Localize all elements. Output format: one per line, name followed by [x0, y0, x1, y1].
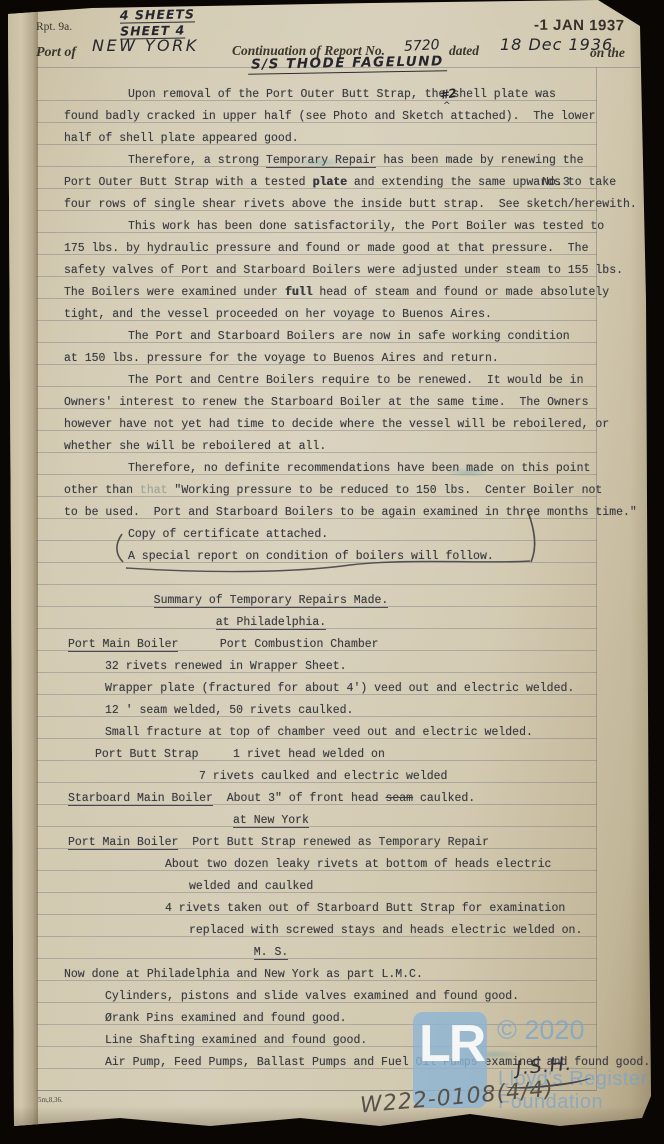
text-segment: Port Butt Strap renewed as Temporary Rep… — [178, 836, 489, 849]
text-line: Upon removal of the Port Outer Butt Stra… — [36, 84, 646, 106]
text-segment: Port Butt Strap 1 rivet head welded on — [95, 748, 385, 761]
text-line: tight, and the vessel proceeded on her v… — [36, 304, 646, 326]
text-line: 12 ' seam welded, 50 rivets caulked. — [36, 700, 646, 722]
text-line: whether she will be reboilered at all. — [36, 436, 646, 458]
report-date-handwritten: 18 Dec 1936 — [500, 35, 613, 54]
text-line: This work has been done satisfactorily, … — [36, 216, 646, 238]
text-line: however have not yet had time to decide … — [36, 414, 646, 436]
text-line: at 150 lbs. pressure for the voyage to B… — [36, 348, 646, 370]
text-segment: other than — [64, 484, 140, 497]
text-segment: Port Main Boiler — [68, 836, 178, 850]
text-segment: full — [285, 286, 313, 299]
text-segment: Owners' interest to renew the Starboard … — [64, 396, 589, 409]
text-segment: tight, and the vessel proceeded on her v… — [64, 308, 492, 321]
text-segment: The Port and Starboard Boilers are now i… — [128, 330, 570, 343]
text-segment: The Boilers were examined under — [64, 286, 285, 299]
text-segment: The Port and Centre Boilers require to b… — [128, 374, 583, 387]
text-line: Port Main Boiler Port Butt Strap renewed… — [36, 832, 646, 854]
text-segment: Cylinders, pistons and slide valves exam… — [105, 990, 519, 1003]
text-line: Now done at Philadelphia and New York as… — [36, 964, 646, 986]
text-segment: however have not yet had time to decide … — [64, 418, 609, 431]
text-segment: Port Main Boiler — [68, 638, 178, 652]
form-print-code: 5m,8,36. — [38, 1096, 63, 1104]
text-line: The Port and Starboard Boilers are now i… — [36, 326, 646, 348]
text-line: at New York — [36, 810, 506, 832]
text-segment: plate — [312, 176, 347, 189]
text-segment: Summary of Temporary Repairs Made. — [154, 594, 389, 608]
text-line: Port Main Boiler Port Combustion Chamber — [36, 634, 646, 656]
text-line: replaced with screwed stays and heads el… — [36, 920, 646, 942]
ink-smudge — [285, 156, 355, 169]
text-segment: at Philadelphia. — [216, 616, 326, 630]
text-line: at Philadelphia. — [36, 612, 506, 634]
text-segment: seam — [385, 792, 413, 805]
text-segment: Port Combustion Chamber — [178, 638, 378, 651]
text-line: welded and caulked — [36, 876, 646, 898]
text-segment: that — [140, 484, 168, 497]
text-line: safety valves of Port and Starboard Boil… — [36, 260, 646, 282]
text-line: 32 rivets renewed in Wrapper Sheet. — [36, 656, 646, 678]
text-segment: Port Outer Butt Strap with a tested — [64, 176, 312, 189]
insert-caret-mark: ^ — [443, 101, 451, 111]
text-segment: and extending the same upwards to take — [347, 176, 616, 189]
text-line: 7 rivets caulked and electric welded — [36, 766, 646, 788]
text-segment: 12 ' seam welded, 50 rivets caulked. — [105, 704, 353, 717]
text-line: Therefore, no definite recommendations h… — [36, 458, 646, 480]
sheets-count: 4 SHEETS — [120, 6, 195, 23]
text-segment: has been made by renewing the — [376, 154, 583, 167]
text-segment: Small fracture at top of chamber veed ou… — [105, 726, 533, 739]
text-segment: found badly cracked in upper half (see P… — [64, 110, 595, 123]
text-segment: welded and caulked — [189, 880, 313, 893]
text-line: Starboard Main Boiler About 3" of front … — [36, 788, 646, 810]
text-line: other than that "Working pressure to be … — [36, 480, 646, 502]
text-line: half of shell plate appeared good. — [36, 128, 646, 150]
text-segment: About 3" of front head — [213, 792, 386, 805]
port-name-handwritten: NEW YORK — [92, 36, 199, 55]
sketch-no3-annotation: No.3 — [542, 176, 570, 189]
text-line: four rows of single shear rivets above t… — [36, 194, 646, 216]
text-segment: at 150 lbs. pressure for the voyage to B… — [64, 352, 499, 365]
text-segment: 32 rivets renewed in Wrapper Sheet. — [105, 660, 347, 673]
text-segment: 4 rivets taken out of Starboard Butt Str… — [165, 902, 565, 915]
scanned-report-page: { "header": { "report_label": "Rpt. 9a."… — [0, 0, 664, 1144]
text-segment: safety valves of Port and Starboard Boil… — [64, 264, 623, 277]
text-line: Wrapper plate (fractured for about 4') v… — [36, 678, 646, 700]
port-of-label: Port of — [36, 45, 76, 61]
text-segment: whether she will be reboilered at all. — [64, 440, 326, 453]
text-line: found badly cracked in upper half (see P… — [36, 106, 646, 128]
text-line: Small fracture at top of chamber veed ou… — [36, 722, 646, 744]
text-line: M. S. — [36, 942, 506, 964]
text-line: Port Butt Strap 1 rivet head welded on — [36, 744, 646, 766]
text-segment: Upon removal of the Port Outer Butt Stra… — [128, 88, 556, 101]
text-segment: head of steam and found or made absolute… — [312, 286, 609, 299]
text-segment: four rows of single shear rivets above t… — [64, 198, 637, 211]
text-segment: About two dozen leaky rivets at bottom o… — [165, 858, 551, 871]
left-fold-edge — [8, 0, 38, 1144]
text-segment: "Working pressure to be reduced to 150 l… — [168, 484, 603, 497]
paper-sheet: Rpt. 9a. Port of Continuation of Report … — [0, 0, 664, 1144]
bottom-edge-shadow — [0, 1106, 664, 1134]
text-segment: caulked. — [413, 792, 475, 805]
text-line: The Boilers were examined under full hea… — [36, 282, 646, 304]
text-segment: Starboard Main Boiler — [68, 792, 213, 806]
sketch-number-annotation: #2 — [439, 86, 457, 102]
text-segment: replaced with screwed stays and heads el… — [189, 924, 582, 937]
text-line: Summary of Temporary Repairs Made. — [36, 590, 506, 612]
text-line: Owners' interest to renew the Starboard … — [36, 392, 646, 414]
ink-bracket-mark — [100, 500, 560, 580]
text-line: 4 rivets taken out of Starboard Butt Str… — [36, 898, 646, 920]
text-line: 175 lbs. by hydraulic pressure and found… — [36, 238, 646, 260]
text-segment: 7 rivets caulked and electric welded — [199, 770, 447, 783]
lr-logo-letters: LR — [419, 1014, 484, 1074]
text-line: About two dozen leaky rivets at bottom o… — [36, 854, 646, 876]
report-form-label: Rpt. 9a. — [36, 21, 72, 33]
text-segment: half of shell plate appeared good. — [64, 132, 299, 145]
text-segment: Now done at Philadelphia and New York as… — [64, 968, 423, 981]
text-segment: 175 lbs. by hydraulic pressure and found… — [64, 242, 589, 255]
text-segment: Therefore, no definite recommendations h… — [128, 462, 590, 475]
text-segment: This work has been done satisfactorily, … — [128, 220, 604, 233]
watermark-copyright: © 2020 — [497, 1015, 584, 1046]
ink-smudge — [438, 466, 498, 479]
right-edge-shadow — [630, 0, 664, 1144]
text-segment: Therefore, a strong — [128, 154, 266, 167]
vessel-name-handwritten: S/S THODE FAGELUND — [248, 53, 447, 74]
report-number-handwritten: 5720 — [404, 37, 440, 55]
text-segment: Line Shafting examined and found good. — [105, 1034, 367, 1047]
sheets-note: 4 SHEETS SHEET 4 — [120, 6, 196, 39]
text-line: The Port and Centre Boilers require to b… — [36, 370, 646, 392]
text-segment: at New York — [233, 814, 309, 828]
text-line: Cylinders, pistons and slide valves exam… — [36, 986, 646, 1008]
text-segment: Wrapper plate (fractured for about 4') v… — [105, 682, 574, 695]
date-stamp: -1 JAN 1937 — [534, 17, 625, 35]
dated-label: dated — [449, 43, 479, 59]
text-segment: Ørank Pins examined and found good. — [105, 1012, 347, 1025]
text-segment: M. S. — [254, 946, 289, 960]
